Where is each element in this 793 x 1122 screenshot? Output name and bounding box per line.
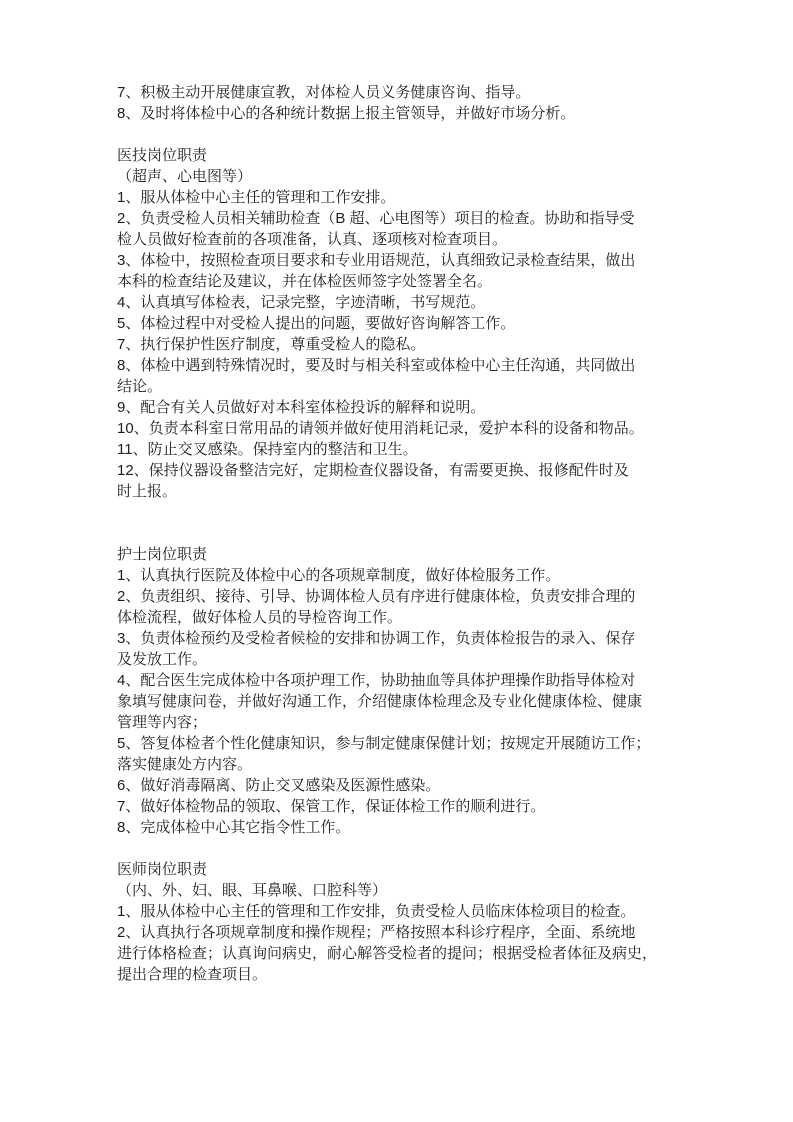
text-line: 11、防止交叉感染。保持室内的整洁和卫生。 [117,439,723,460]
blank-line [117,502,723,523]
text-line: 3、负责体检预约及受检者候检的安排和协调工作，负责体检报告的录入、保存 [117,628,723,649]
text-line: 4、配合医生完成体检中各项护理工作，协助抽血等具体护理操作助指导体检对 [117,670,723,691]
section-subheading: （超声、心电图等） [117,166,723,187]
text-line: 进行体格检查；认真询问病史，耐心解答受检者的提问；根据受检者体征及病史， [117,943,723,964]
text-line: 9、配合有关人员做好对本科室体检投诉的解释和说明。 [117,397,723,418]
text-line: 8、体检中遇到特殊情况时，要及时与相关科室或体检中心主任沟通，共同做出 [117,355,723,376]
section-heading: 护士岗位职责 [117,544,723,565]
text-line: 7、执行保护性医疗制度，尊重受检人的隐私。 [117,334,723,355]
text-line: 5、体检过程中对受检人提出的问题，要做好咨询解答工作。 [117,313,723,334]
text-line: 检人员做好检查前的各项准备，认真、逐项核对检查项目。 [117,229,723,250]
text-line: 1、服从体检中心主任的管理和工作安排。 [117,187,723,208]
text-line: 2、负责组织、接待、引导、协调体检人员有序进行健康体检，负责安排合理的 [117,586,723,607]
document-text-block: 7、积极主动开展健康宣教，对体检人员义务健康咨询、指导。8、及时将体检中心的各种… [117,82,723,985]
blank-line [117,838,723,859]
text-line: 8、及时将体检中心的各种统计数据上报主管领导，并做好市场分析。 [117,103,723,124]
blank-line [117,523,723,544]
text-line: 6、做好消毒隔离、防止交叉感染及医源性感染。 [117,775,723,796]
section-subheading: （内、外、妇、眼、耳鼻喉、口腔科等） [117,880,723,901]
text-line: 时上报。 [117,481,723,502]
text-line: 7、积极主动开展健康宣教，对体检人员义务健康咨询、指导。 [117,82,723,103]
text-line: 象填写健康问卷，并做好沟通工作，介绍健康体检理念及专业化健康体检、健康 [117,691,723,712]
section-heading: 医技岗位职责 [117,145,723,166]
text-line: 落实健康处方内容。 [117,754,723,775]
text-line: 12、保持仪器设备整洁完好，定期检查仪器设备，有需要更换、报修配件时及 [117,460,723,481]
text-line: 7、做好体检物品的领取、保管工作，保证体检工作的顺利进行。 [117,796,723,817]
text-line: 8、完成体检中心其它指令性工作。 [117,817,723,838]
text-line: 4、认真填写体检表，记录完整，字迹清晰，书写规范。 [117,292,723,313]
text-line: 10、负责本科室日常用品的请领并做好使用消耗记录，爱护本科的设备和物品。 [117,418,723,439]
blank-line [117,124,723,145]
text-line: 管理等内容； [117,712,723,733]
text-line: 本科的检查结论及建议，并在体检医师签字处签署全名。 [117,271,723,292]
text-line: 5、答复体检者个性化健康知识，参与制定健康保健计划；按规定开展随访工作； [117,733,723,754]
text-line: 提出合理的检查项目。 [117,964,723,985]
text-line: 2、认真执行各项规章制度和操作规程；严格按照本科诊疗程序，全面、系统地 [117,922,723,943]
text-line: 1、服从体检中心主任的管理和工作安排，负责受检人员临床体检项目的检查。 [117,901,723,922]
section-heading: 医师岗位职责 [117,859,723,880]
document-page: 7、积极主动开展健康宣教，对体检人员义务健康咨询、指导。8、及时将体检中心的各种… [0,0,793,1122]
text-line: 结论。 [117,376,723,397]
text-line: 及发放工作。 [117,649,723,670]
text-line: 体检流程，做好体检人员的导检咨询工作。 [117,607,723,628]
text-line: 3、体检中，按照检查项目要求和专业用语规范，认真细致记录检查结果，做出 [117,250,723,271]
text-line: 1、认真执行医院及体检中心的各项规章制度，做好体检服务工作。 [117,565,723,586]
text-line: 2、负责受检人员相关辅助检查（B 超、心电图等）项目的检查。协助和指导受 [117,208,723,229]
